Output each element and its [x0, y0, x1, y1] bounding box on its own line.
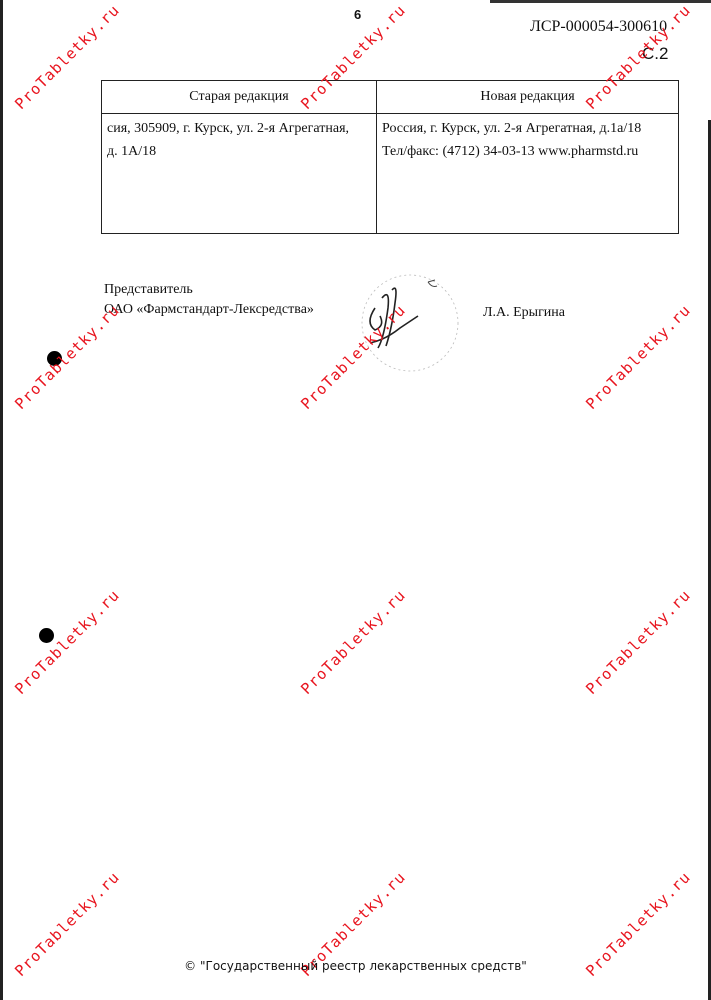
- table-header-row: Старая редакция Новая редакция: [102, 81, 679, 114]
- cell-new-edition: Россия, г. Курск, ул. 2-я Агрегатная, д.…: [377, 114, 679, 234]
- watermark: ProTabletky.ru: [297, 586, 409, 698]
- signatory-role: Представитель: [104, 280, 314, 300]
- punch-hole-icon: [39, 628, 54, 643]
- scan-edge-left: [0, 0, 3, 1000]
- signatory-name: Л.А. Ерыгина: [483, 305, 565, 321]
- column-header-new: Новая редакция: [377, 81, 679, 114]
- footer-copyright: © "Государственный реестр лекарственных …: [0, 959, 711, 973]
- cell-line: Россия, г. Курск, ул. 2-я Агрегатная, д.…: [382, 117, 673, 140]
- watermark: ProTabletky.ru: [11, 586, 123, 698]
- cell-line: д. 1А/18: [107, 140, 371, 163]
- handwritten-signature-icon: [340, 268, 470, 388]
- scan-edge-top: [490, 0, 711, 3]
- page-number: 6: [354, 7, 361, 22]
- changes-table: Старая редакция Новая редакция сия, 3059…: [101, 80, 679, 234]
- cell-line: Тел/факс: (4712) 34-03-13 www.pharmstd.r…: [382, 140, 673, 163]
- punch-hole-icon: [47, 351, 62, 366]
- cell-line: сия, 305909, г. Курск, ул. 2-я Агрегатна…: [107, 117, 371, 140]
- sheet-label: С.2: [642, 44, 668, 64]
- document-code: ЛСР-000054-300610: [530, 18, 667, 36]
- cell-old-edition: сия, 305909, г. Курск, ул. 2-я Агрегатна…: [102, 114, 377, 234]
- watermark: ProTabletky.ru: [582, 301, 694, 413]
- signatory-company: ОАО «Фармстандарт-Лексредства»: [104, 300, 314, 320]
- table-row: сия, 305909, г. Курск, ул. 2-я Агрегатна…: [102, 114, 679, 234]
- signature-block: Представитель ОАО «Фармстандарт-Лексредс…: [104, 280, 314, 320]
- column-header-old: Старая редакция: [102, 81, 377, 114]
- watermark: ProTabletky.ru: [582, 586, 694, 698]
